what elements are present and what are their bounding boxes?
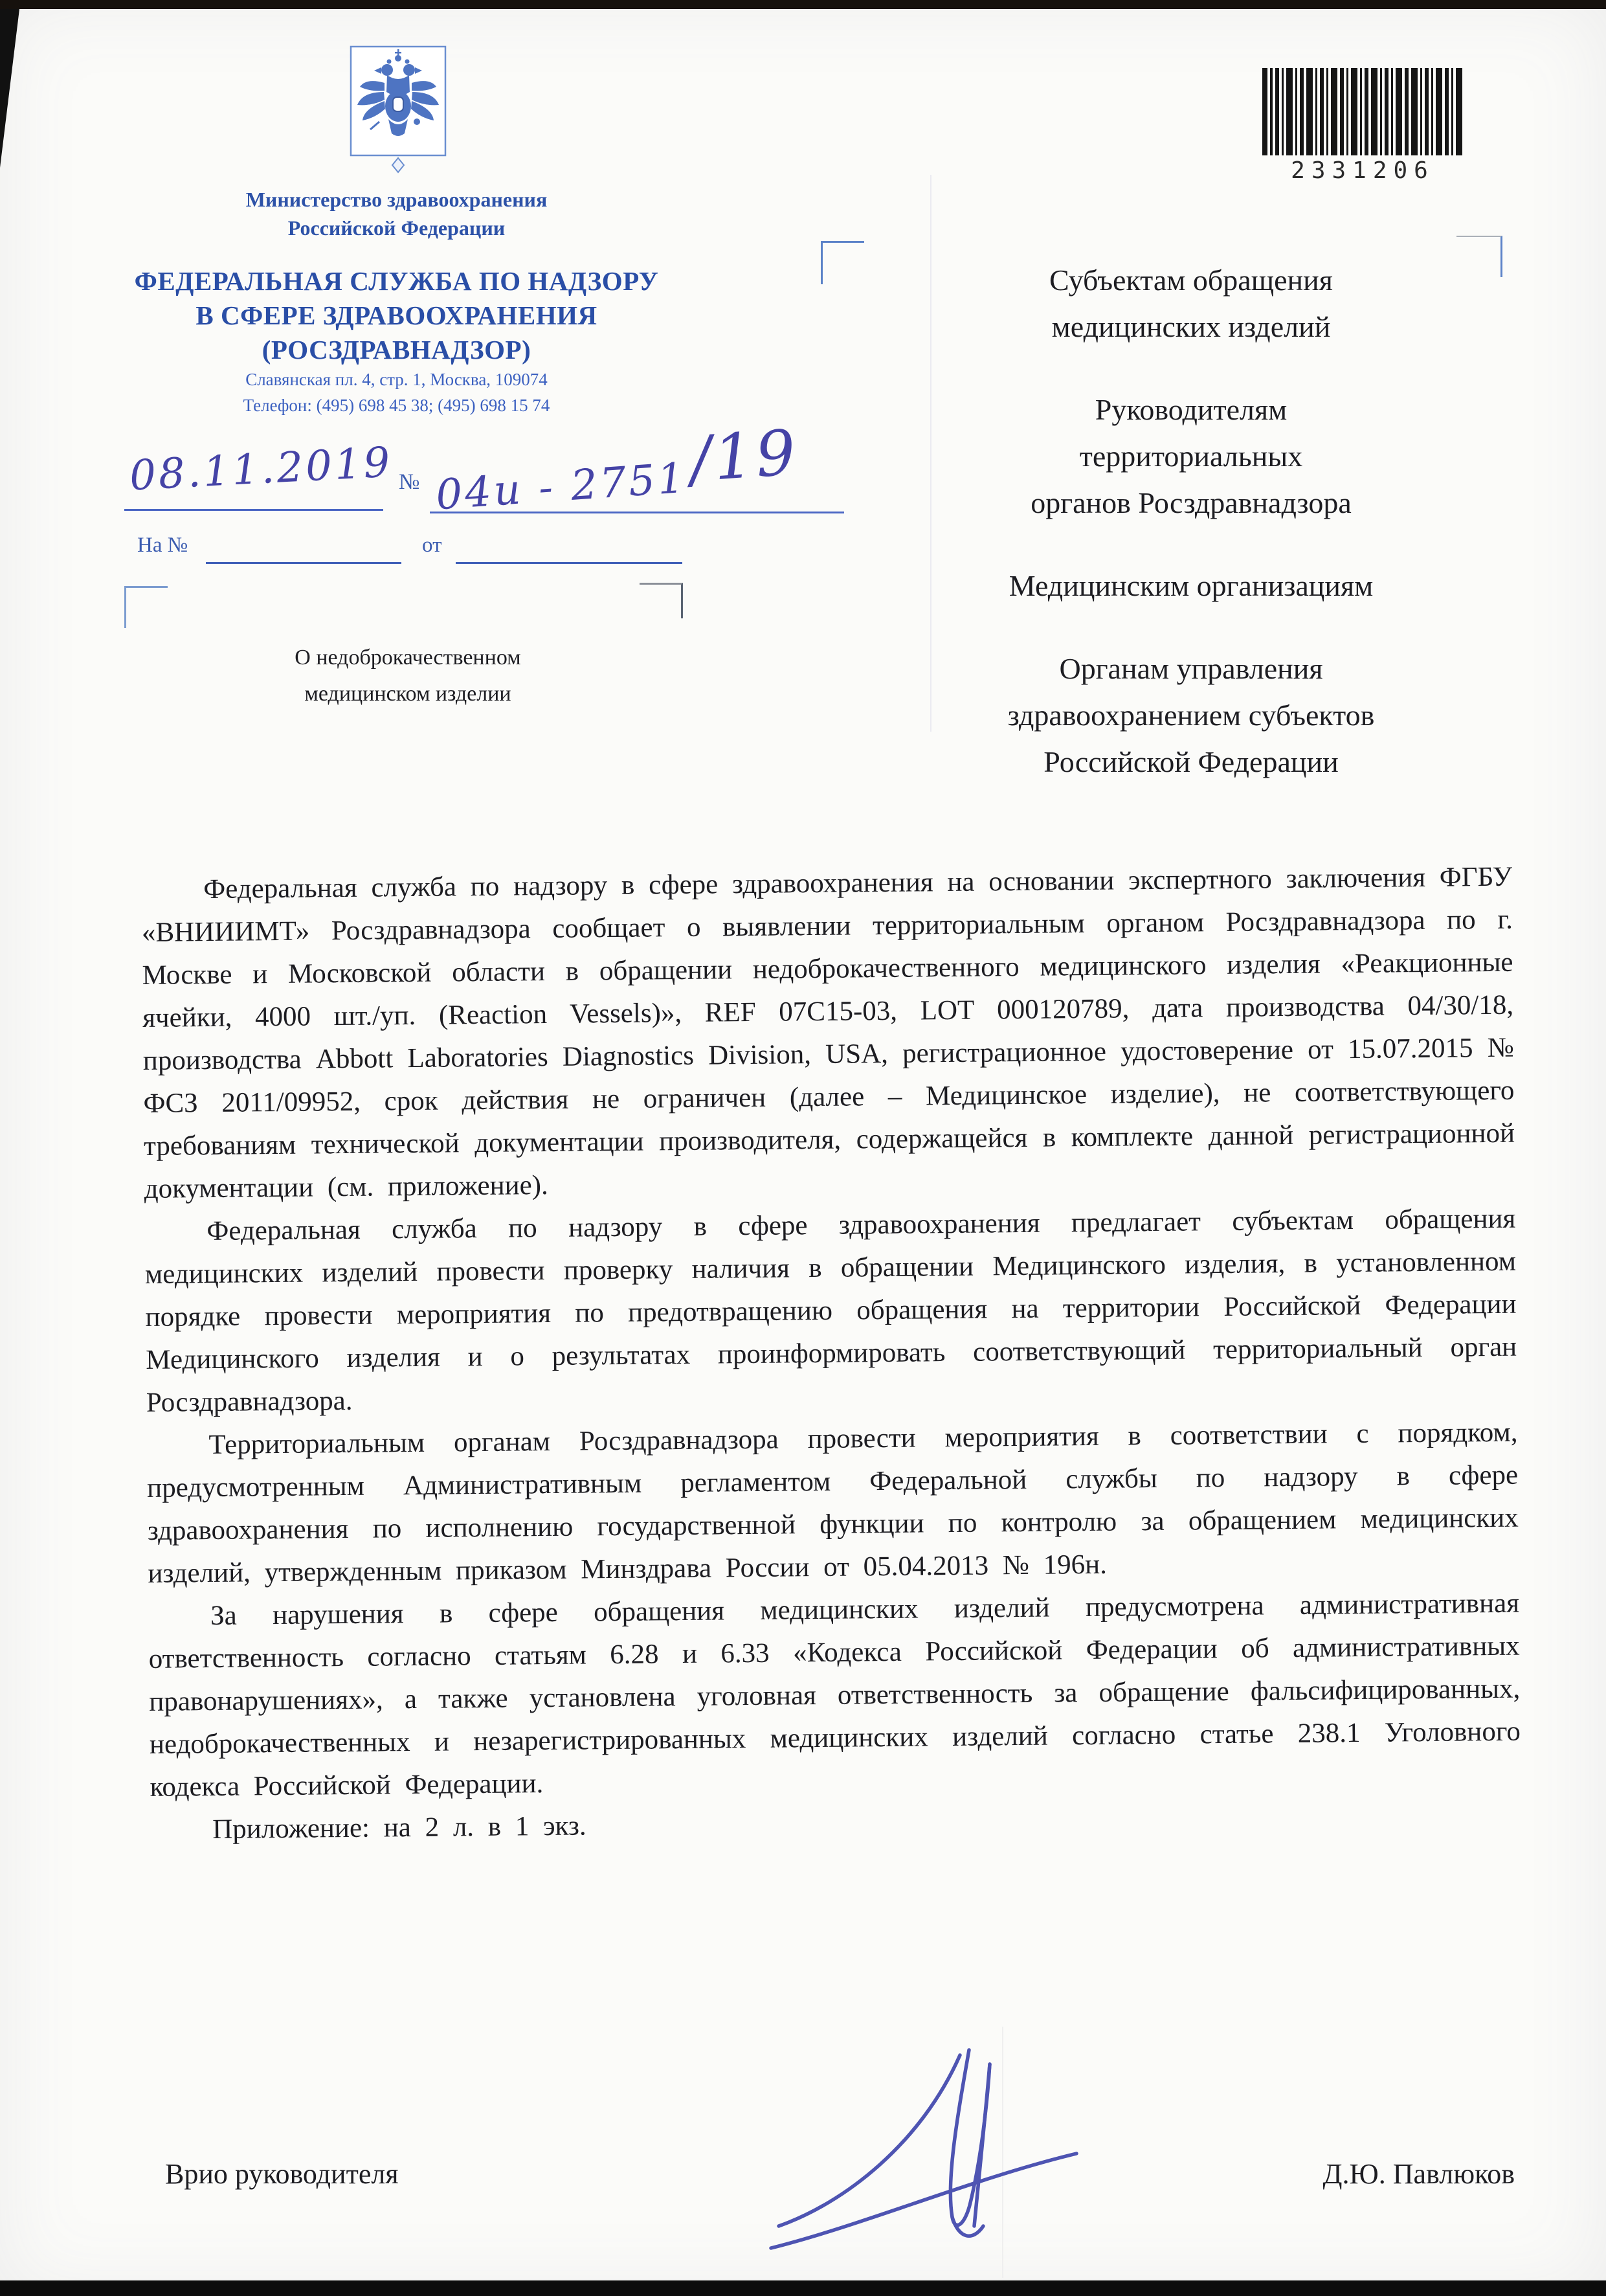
signatory-name: Д.Ю. Павлюков [1230,2157,1515,2190]
reply-from-label: от [422,534,442,557]
phone-line: Телефон: (495) 698 45 38; (495) 698 15 7… [104,392,689,418]
ministry-name: Министерство здравоохранения Российской … [104,185,689,242]
subject-field-bracket-left [124,586,168,628]
number-sign-label: № [399,470,419,495]
reply-number-label: На № [137,534,188,557]
body-paragraph: Федеральная служба по надзору в сфере зд… [141,856,1515,1211]
addressee-health-authorities: Органам управления здравоохранением субъ… [874,646,1508,785]
signatory-position: Врио руководителя [165,2157,399,2190]
scanned-letter-page: Министерство здравоохранения Российской … [0,0,1606,2296]
outgoing-number-year: /19 [688,416,801,496]
addressee-subjects: Субъектам обращения медицинских изделий [874,257,1508,350]
scan-edge-top [0,0,1606,9]
addressee-field-bracket-left [821,241,864,284]
registration-barcode-icon [1262,68,1463,155]
outgoing-number-handwritten: 04и - 2751/19 [433,427,801,524]
letter-body: Федеральная служба по надзору в сфере зд… [141,856,1521,1852]
subject-field-bracket-right [640,583,683,618]
number-underline [430,512,844,513]
service-name: ФЕДЕРАЛЬНАЯ СЛУЖБА ПО НАДЗОРУ В СФЕРЕ ЗД… [78,264,715,367]
body-paragraph: Федеральная служба по надзору в сфере зд… [144,1198,1517,1424]
body-paragraph: Территориальным органам Росздравнадзора … [146,1412,1519,1595]
reply-date-blank-line [456,562,682,564]
reply-number-blank-line [206,562,401,564]
outgoing-number-main: 04и - 2751 [434,455,688,520]
subject-line: О недоброкачественном медицинском издели… [152,640,664,712]
coat-of-arms-icon [350,45,447,175]
date-underline [124,509,383,511]
signature-ink-icon [767,2033,1143,2279]
outgoing-date-handwritten: 08.11.2019 [128,438,394,500]
address-line: Славянская пл. 4, стр. 1, Москва, 109074 [104,366,689,392]
scan-edge-bottom [0,2280,1606,2296]
addressee-medical-organizations: Медицинским организациям [874,563,1508,609]
addressee-territorial-heads: Руководителям территориальных органов Ро… [874,387,1508,526]
body-paragraph: За нарушения в сфере обращения медицинск… [148,1582,1521,1809]
scan-corner-artifact [0,9,19,168]
barcode-number: 2331206 [1249,157,1476,184]
